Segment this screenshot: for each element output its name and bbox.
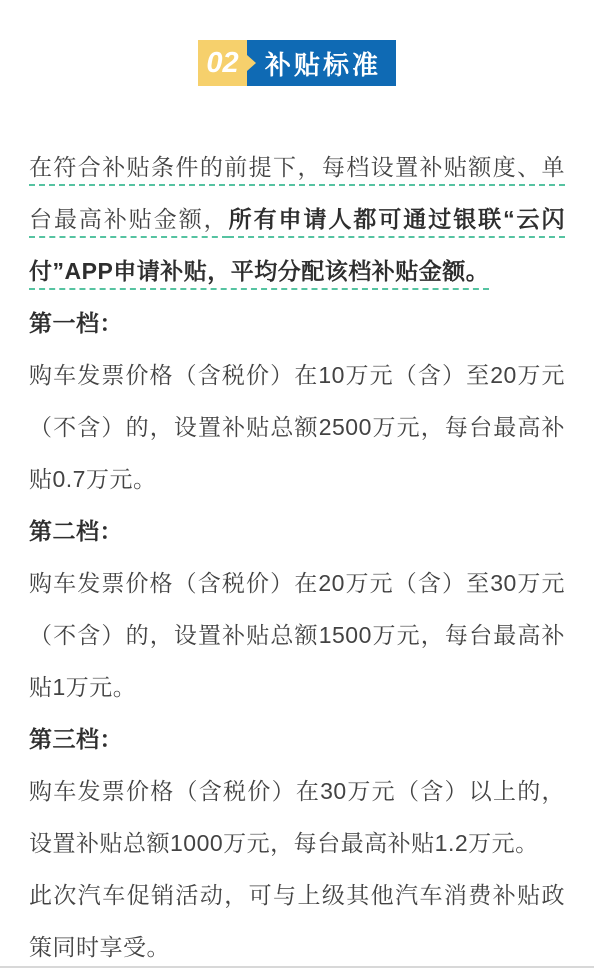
tier-2-body: 购车发票价格（含税价）在20万元（含）至30万元（不含）的，设置补贴总额1500…	[29, 557, 565, 713]
section-number: 02	[206, 47, 238, 80]
arrow-right-icon	[247, 55, 256, 71]
tier-3-body: 购车发票价格（含税价）在30万元（含）以上的，设置补贴总额1000万元，每台最高…	[29, 765, 565, 869]
tier-1-heading: 第一档：	[29, 297, 565, 349]
bottom-divider	[0, 966, 594, 968]
section-number-badge: 02	[198, 40, 247, 86]
article-page: 02 补贴标准 在符合补贴条件的前提下，每档设置补贴额度、单台最高补贴金额，所有…	[0, 0, 594, 973]
section-title: 补贴标准	[247, 40, 396, 86]
tier-1-body: 购车发票价格（含税价）在10万元（含）至20万元（不含）的，设置补贴总额2500…	[29, 349, 565, 505]
article-content: 在符合补贴条件的前提下，每档设置补贴额度、单台最高补贴金额，所有申请人都可通过银…	[29, 141, 565, 973]
tier-3-heading: 第三档：	[29, 713, 565, 765]
intro-paragraph: 在符合补贴条件的前提下，每档设置补贴额度、单台最高补贴金额，所有申请人都可通过银…	[29, 141, 565, 297]
footer-paragraph: 此次汽车促销活动，可与上级其他汽车消费补贴政策同时享受。	[29, 869, 565, 973]
section-badge: 02 补贴标准	[198, 40, 396, 86]
tier-2-heading: 第二档：	[29, 505, 565, 557]
